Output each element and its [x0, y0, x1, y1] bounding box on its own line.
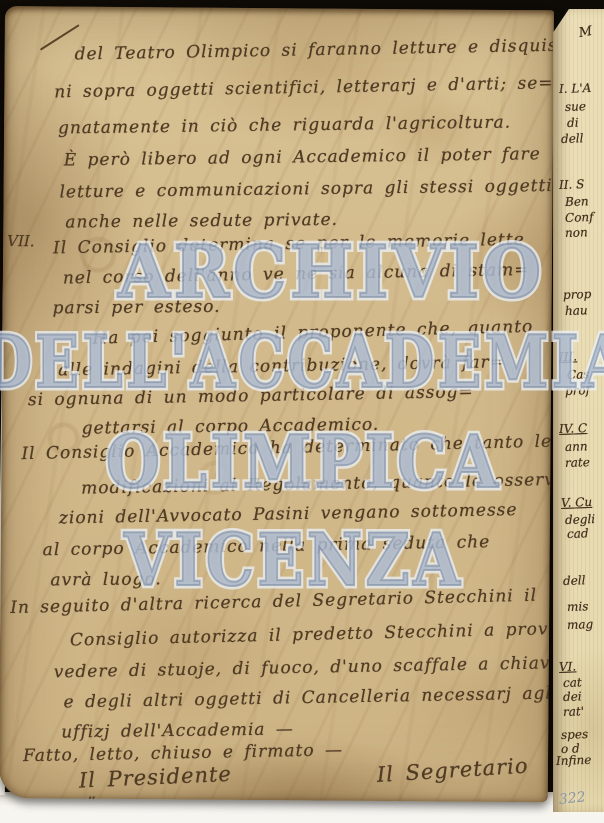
manuscript-line: zioni dell'Avvocato Pasini vengano sotto…: [59, 502, 518, 527]
next-page-fragment: rate: [565, 456, 590, 469]
manuscript-line: Il Presidente: [78, 764, 232, 792]
manuscript-line: Consiglio autorizza il predetto Stecchin…: [70, 621, 554, 650]
manuscript-line: Ha poi soggiunto il proponente che, quan…: [92, 319, 533, 348]
next-page-fragment: V. Cu: [561, 496, 593, 509]
next-page-fragment: II. S: [559, 178, 585, 191]
manuscript-line: gettarsi al corpo Accademico.: [82, 417, 380, 438]
next-page-fragment: prop: [563, 288, 592, 301]
manuscript-line: ni sopra oggetti scientifici, letterarj …: [54, 75, 554, 101]
manuscript-line: Fatto, letto, chiuso e firmato —: [23, 742, 343, 765]
manuscript-line: si ognuna di un modo particolare di asso…: [28, 384, 474, 409]
next-page-fragment: VI.: [559, 660, 577, 673]
manuscript-line: nel corso dell'anno ve ne sia alcuna di …: [63, 262, 530, 288]
next-page-fragment: degli: [565, 513, 596, 526]
next-page-fragment: dell: [563, 574, 586, 587]
next-page-fragment: M: [578, 25, 593, 40]
manuscript-line: del Teatro Olimpico si faranno letture e…: [74, 37, 554, 64]
manuscript-line: uffizj dell'Accademia —: [61, 721, 294, 741]
next-folio-edge: MI. L'AsuedidellII. SBenConfnonprophauII…: [553, 9, 604, 812]
manuscript-line: vedere di stuoje, di fuoco, d'uno scaffa…: [54, 655, 554, 681]
next-page-fragment: cad: [567, 527, 589, 540]
section-numeral: VII.: [7, 232, 35, 250]
manuscript-line: In seguito d'altra ricerca del Segretari…: [10, 588, 537, 617]
manuscript-line: parsi per esteso.: [53, 299, 221, 318]
manuscript-line: al corpo Accademico nella prima seduta c…: [43, 534, 491, 559]
manuscript-line: e degli altri oggetti di Cancelleria nec…: [63, 685, 554, 711]
next-page-fragment: spes: [561, 728, 589, 741]
next-page-fragment: dei: [563, 690, 582, 703]
next-page-fragment: I. L'A: [559, 82, 592, 95]
next-page-fragment: Conf: [565, 211, 594, 224]
next-page-fragment: Cas: [567, 368, 590, 381]
next-page-fragment: cat: [563, 676, 582, 689]
manuscript-line: modificazioni al Regolamento, quanto le …: [81, 471, 554, 497]
manuscript-line: anche nelle sedute private.: [65, 212, 338, 232]
margin-marks-layer: VII.: [5, 6, 554, 10]
ink-check-mark: [37, 23, 77, 53]
next-page-fragment: mis: [567, 600, 589, 613]
next-page-fragment: ann: [565, 440, 588, 453]
next-page-fragment: III.: [559, 350, 577, 363]
next-page-fragment: mag: [567, 618, 594, 631]
next-page-fragment: prof: [565, 384, 590, 397]
manuscript-line: gnatamente in ciò che riguarda l'agricol…: [58, 114, 511, 137]
manuscript-line: Il Consiglio determina se per le memorie…: [53, 232, 525, 258]
manuscript-line: È però libero ad ogni Accademico il pote…: [64, 146, 541, 169]
handwritten-text-layer: del Teatro Olimpico si faranno letture e…: [5, 6, 554, 10]
scanned-manuscript-scene: del Teatro Olimpico si faranno letture e…: [0, 0, 604, 823]
next-page-fragment: 322: [558, 790, 586, 807]
next-page-fragment: di: [567, 117, 579, 129]
next-page-fragment: Infine: [556, 754, 592, 767]
manuscript-page: del Teatro Olimpico si faranno letture e…: [0, 6, 554, 802]
next-page-fragment: IV. C: [559, 422, 588, 435]
manuscript-line: alle indagini della contribuzione, dovrà…: [58, 354, 505, 379]
manuscript-line: avrà luogo.: [50, 571, 161, 589]
manuscript-line: Il Segretario: [376, 756, 529, 786]
next-page-fragment: sue: [565, 100, 586, 113]
manuscript-line: letture e communicazioni sopra gli stess…: [59, 178, 552, 201]
next-page-fragment: hau: [565, 304, 588, 317]
next-page-fragment: rat': [563, 705, 584, 718]
next-page-fragment: non: [565, 226, 588, 239]
next-page-fragment: Ben: [565, 195, 589, 208]
next-page-fragment: dell: [561, 132, 584, 145]
